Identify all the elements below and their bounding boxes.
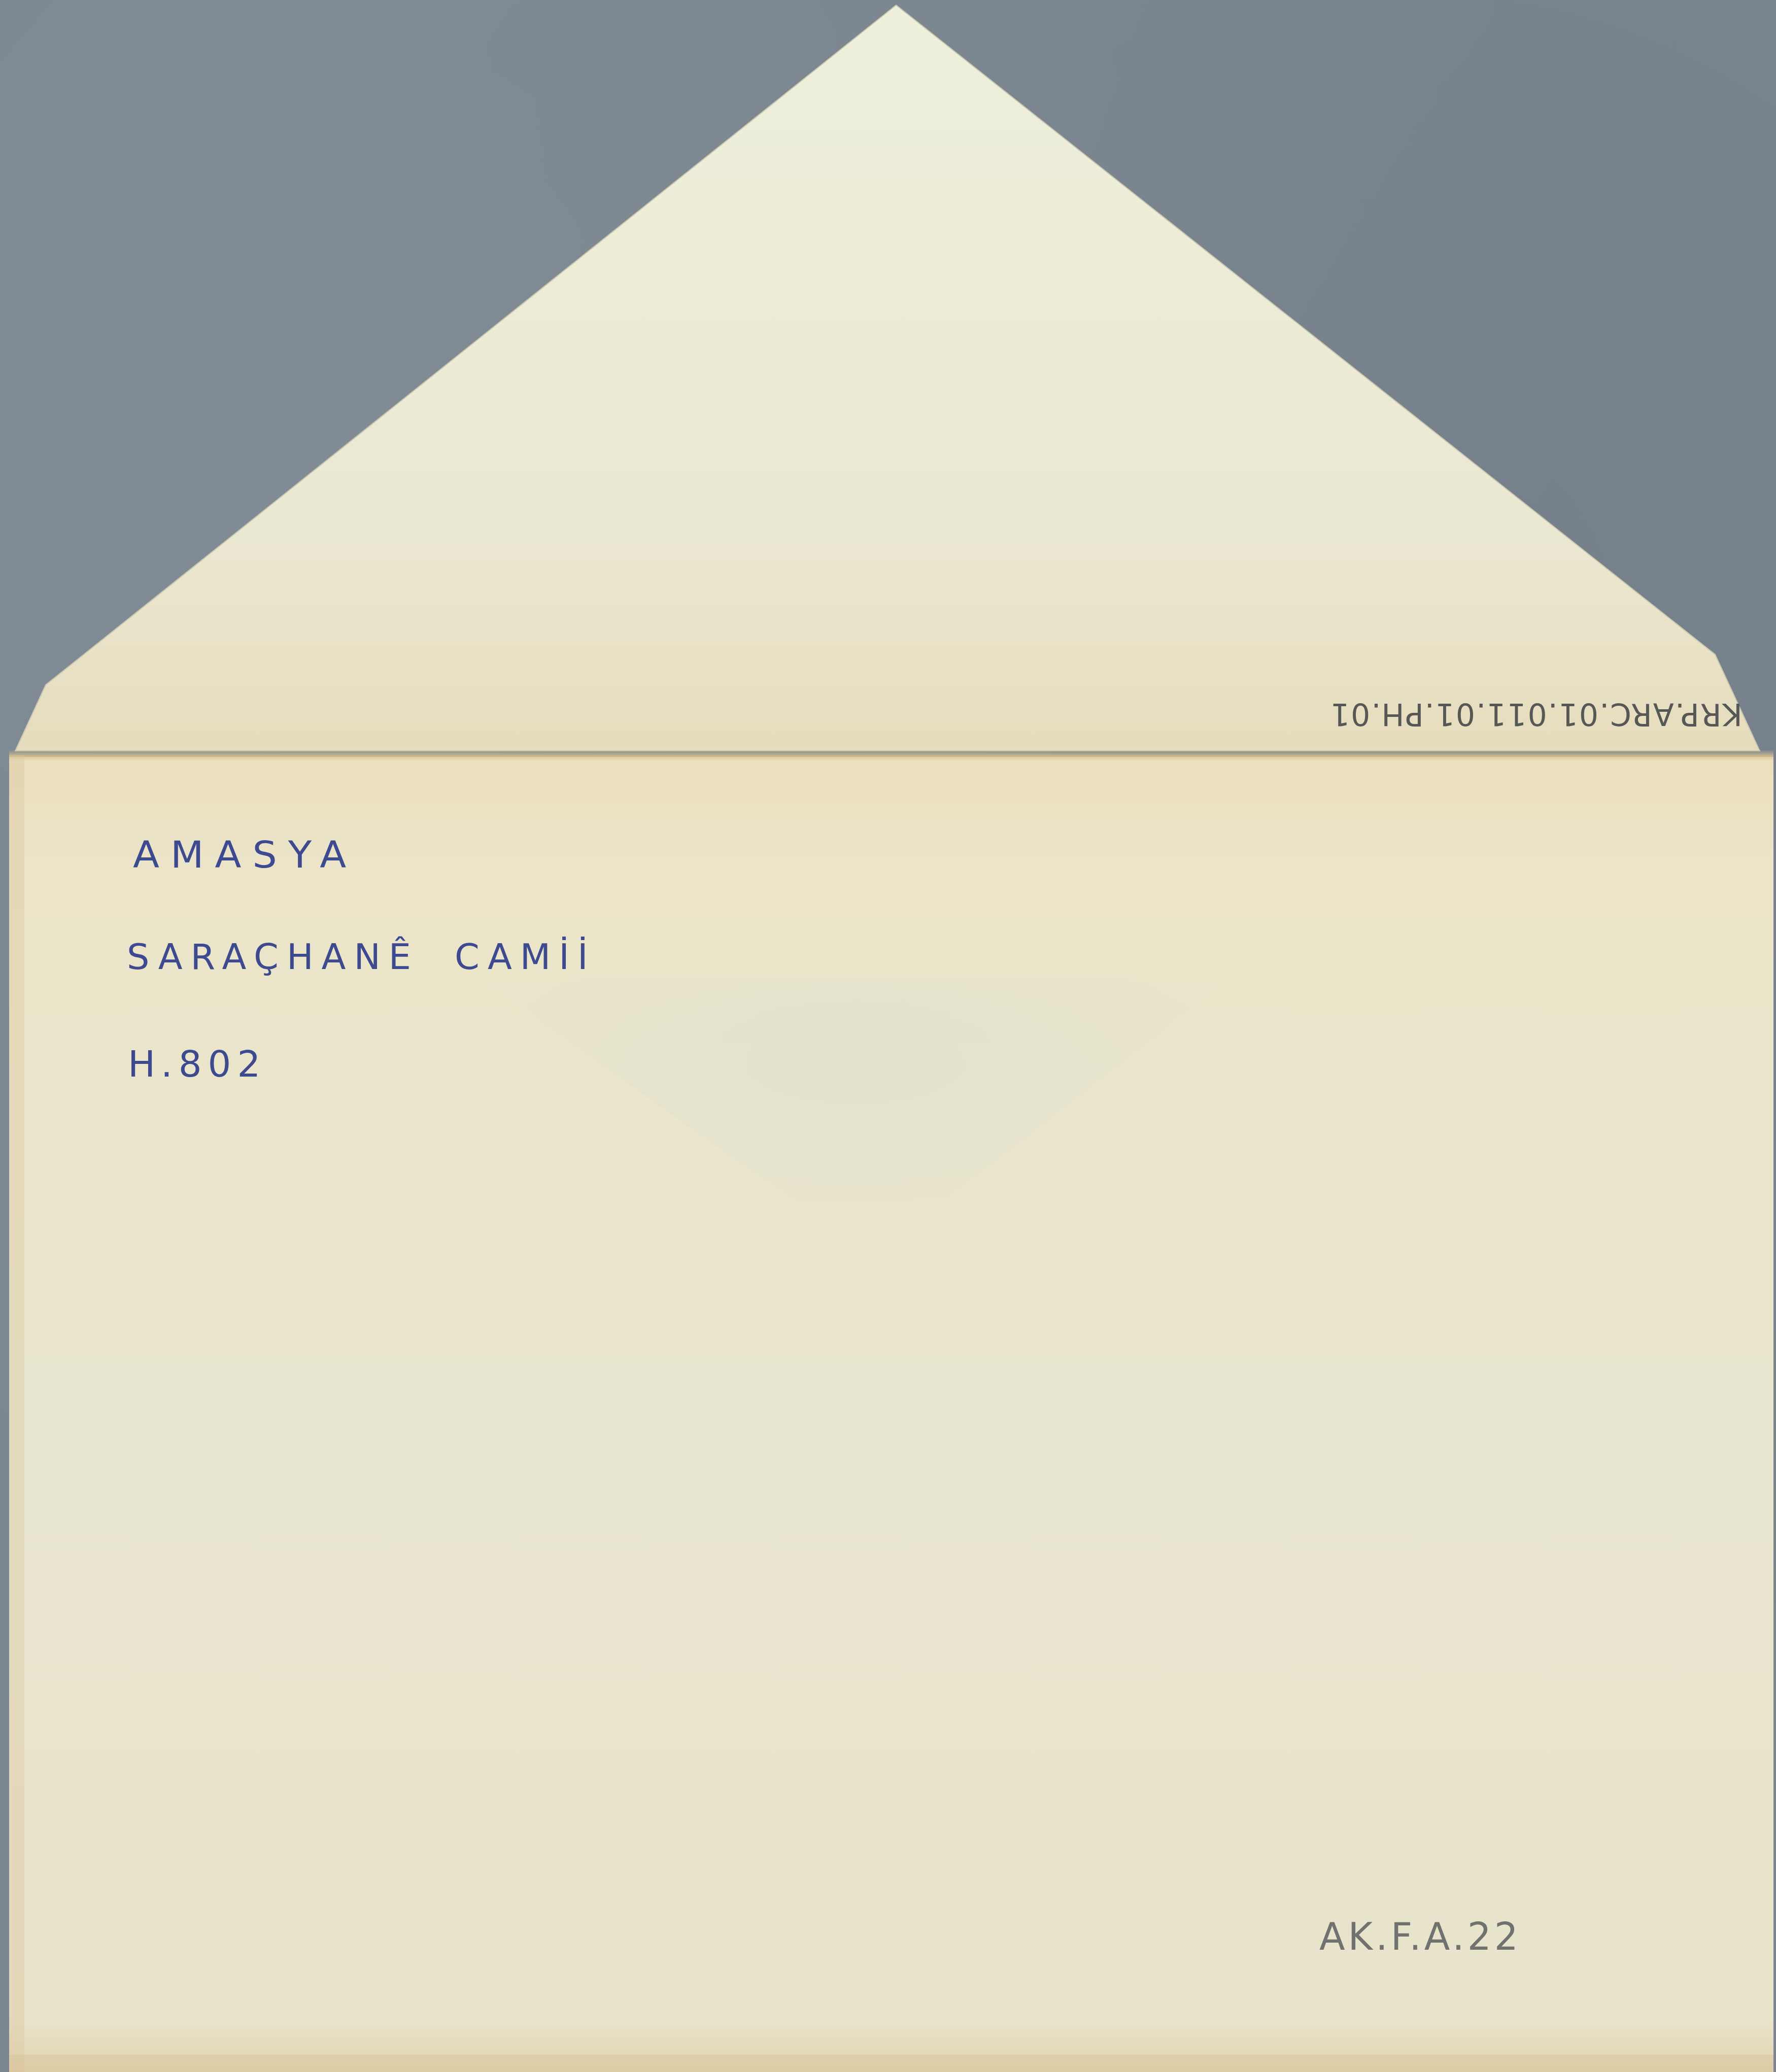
site-name-part1: SARAÇHANÊ [127,936,419,978]
handwritten-site-name: SARAÇHANÊCAMİİ [127,936,596,978]
envelope-flap [15,5,1760,751]
handwritten-date: H.802 [128,1043,266,1085]
site-name-part2: CAMİİ [455,936,596,978]
envelope [0,0,1776,2072]
archive-reference: AK.F.A.22 [1319,1915,1521,1959]
flap-catalog-number: KRP.ARC.01.011.01.PH.01 [1329,696,1743,732]
handwritten-city: AMASYA [133,833,357,876]
